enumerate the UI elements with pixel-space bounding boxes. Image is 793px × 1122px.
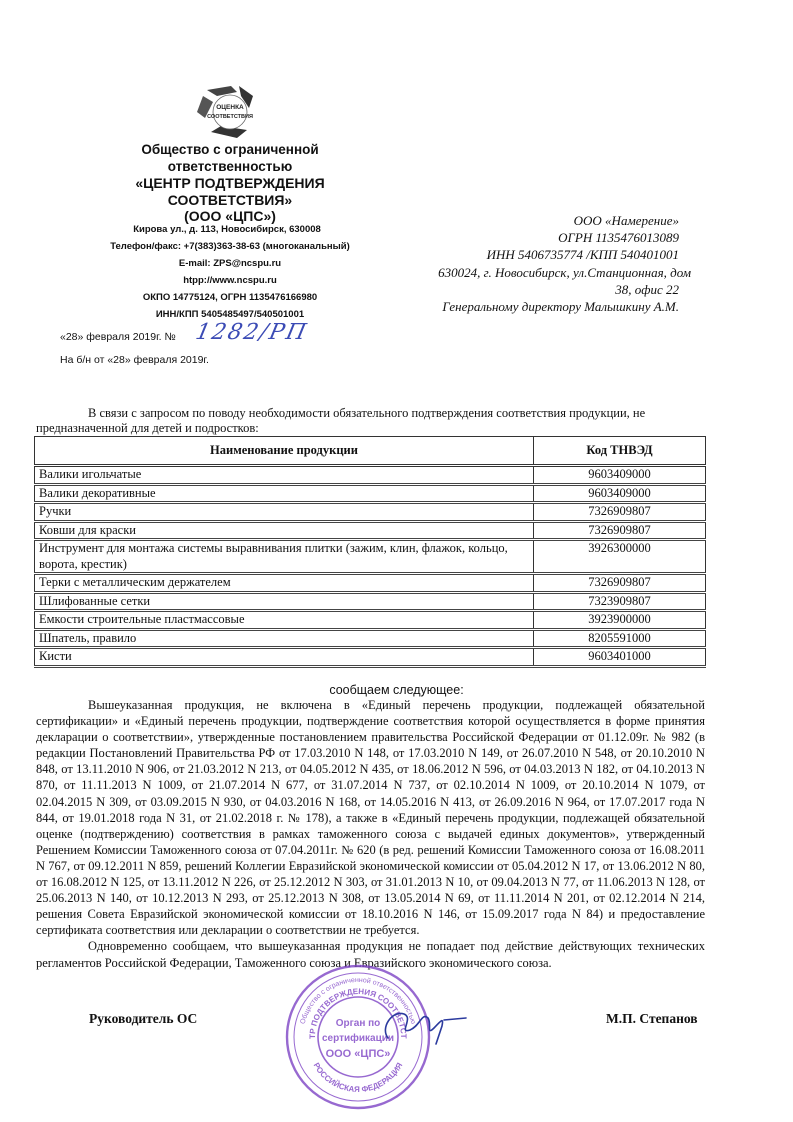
intro-line2: предназначенной для детей и подростков: <box>36 421 708 436</box>
org-okpo-ogrn: ОКПО 14775124, ОГРН 1135476166980 <box>60 289 400 306</box>
product-code: 7326909807 <box>534 521 706 540</box>
recipient-ogrn: ОГРН 1135476013089 <box>379 229 679 246</box>
product-name: Ковши для краски <box>35 521 534 540</box>
table-header-row: Наименование продукции Код ТНВЭД <box>35 437 706 466</box>
certification-logo-icon: ОЦЕНКА СООТВЕТСТВИЯ <box>187 82 273 144</box>
org-name-line: Общество с ограниченной <box>100 142 360 159</box>
svg-text:СООТВЕТСТВИЯ: СООТВЕТСТВИЯ <box>207 114 253 120</box>
main-body: Вышеуказанная продукция, не включена в «… <box>36 697 705 971</box>
product-code: 3923900000 <box>534 611 706 630</box>
table-row: Кисти9603401000 <box>35 648 706 667</box>
org-name-line: СООТВЕТСТВИЯ» <box>100 192 360 209</box>
recipient-address-line1: 630024, г. Новосибирск, ул.Станционная, … <box>379 264 691 281</box>
product-code: 9603409000 <box>534 466 706 485</box>
org-phone: Телефон/факс: +7(383)363-38-63 (многокан… <box>60 238 400 255</box>
product-code: 3926300000 <box>534 540 706 574</box>
product-name: Кисти <box>35 648 534 667</box>
table-row: Ковши для краски7326909807 <box>35 521 706 540</box>
table-row: Терки с металлическим держателем73269098… <box>35 574 706 593</box>
header-product-name: Наименование продукции <box>35 437 534 466</box>
header-tnved-code: Код ТНВЭД <box>534 437 706 466</box>
recipient-company: ООО «Намерение» <box>379 212 679 229</box>
product-name: Валики игольчатые <box>35 466 534 485</box>
reference-line: На б/н от «28» февраля 2019г. <box>60 354 209 366</box>
intro-text: В связи с запросом по поводу необходимос… <box>36 406 708 436</box>
product-code: 8205591000 <box>534 629 706 648</box>
recipient-addressee: Генеральному директору Малышкину А.М. <box>379 298 679 315</box>
table-row: Шпатель, правило8205591000 <box>35 629 706 648</box>
handwritten-signature <box>370 1000 470 1050</box>
table-row: Валики игольчатые9603409000 <box>35 466 706 485</box>
product-name: Емкости строительные пластмассовые <box>35 611 534 630</box>
document-date: «28» февраля 2019г. № <box>60 331 176 343</box>
org-address: Кирова ул., д. 113, Новосибирск, 630008 <box>54 221 400 238</box>
organization-details: Кирова ул., д. 113, Новосибирск, 630008 … <box>60 221 400 323</box>
table-row: Валики декоративные9603409000 <box>35 484 706 503</box>
org-email[interactable]: E-mail: ZPS@ncspu.ru <box>60 255 400 272</box>
recipient-address-line2: 38, офис 22 <box>379 281 679 298</box>
table-row: Инструмент для монтажа системы выравнива… <box>35 540 706 574</box>
product-name: Шлифованные сетки <box>35 592 534 611</box>
organization-name: Общество с ограниченной ответственностью… <box>100 142 360 225</box>
product-code: 9603409000 <box>534 484 706 503</box>
product-name: Инструмент для монтажа системы выравнива… <box>35 540 534 574</box>
table-row: Шлифованные сетки7323909807 <box>35 592 706 611</box>
recipient-inn-kpp: ИНН 5406735774 /КПП 540401001 <box>379 246 679 263</box>
signatory-name: М.П. Степанов <box>606 1011 698 1027</box>
product-name: Валики декоративные <box>35 484 534 503</box>
product-code: 7326909807 <box>534 574 706 593</box>
product-name: Ручки <box>35 503 534 522</box>
product-code: 9603401000 <box>534 648 706 667</box>
products-table: Наименование продукции Код ТНВЭД Валики … <box>34 436 706 668</box>
signatory-role: Руководитель ОС <box>89 1011 197 1027</box>
org-website[interactable]: htpp://www.ncspu.ru <box>60 272 400 289</box>
product-name: Шпатель, правило <box>35 629 534 648</box>
org-name-line: ответственностью <box>100 159 360 176</box>
org-name-line: «ЦЕНТР ПОДТВЕРЖДЕНИЯ <box>100 175 360 192</box>
svg-text:ОЦЕНКА: ОЦЕНКА <box>216 104 244 111</box>
body-paragraph-1: Вышеуказанная продукция, не включена в «… <box>36 697 705 938</box>
product-name: Терки с металлическим держателем <box>35 574 534 593</box>
table-row: Емкости строительные пластмассовые392390… <box>35 611 706 630</box>
table-row: Ручки7326909807 <box>35 503 706 522</box>
product-code: 7326909807 <box>534 503 706 522</box>
intro-line1: В связи с запросом по поводу необходимос… <box>36 406 708 421</box>
recipient-block: ООО «Намерение» ОГРН 1135476013089 ИНН 5… <box>379 212 679 315</box>
handwritten-doc-number: 1282/РП <box>193 320 310 345</box>
report-line: сообщаем следующее: <box>0 683 793 697</box>
product-code: 7323909807 <box>534 592 706 611</box>
